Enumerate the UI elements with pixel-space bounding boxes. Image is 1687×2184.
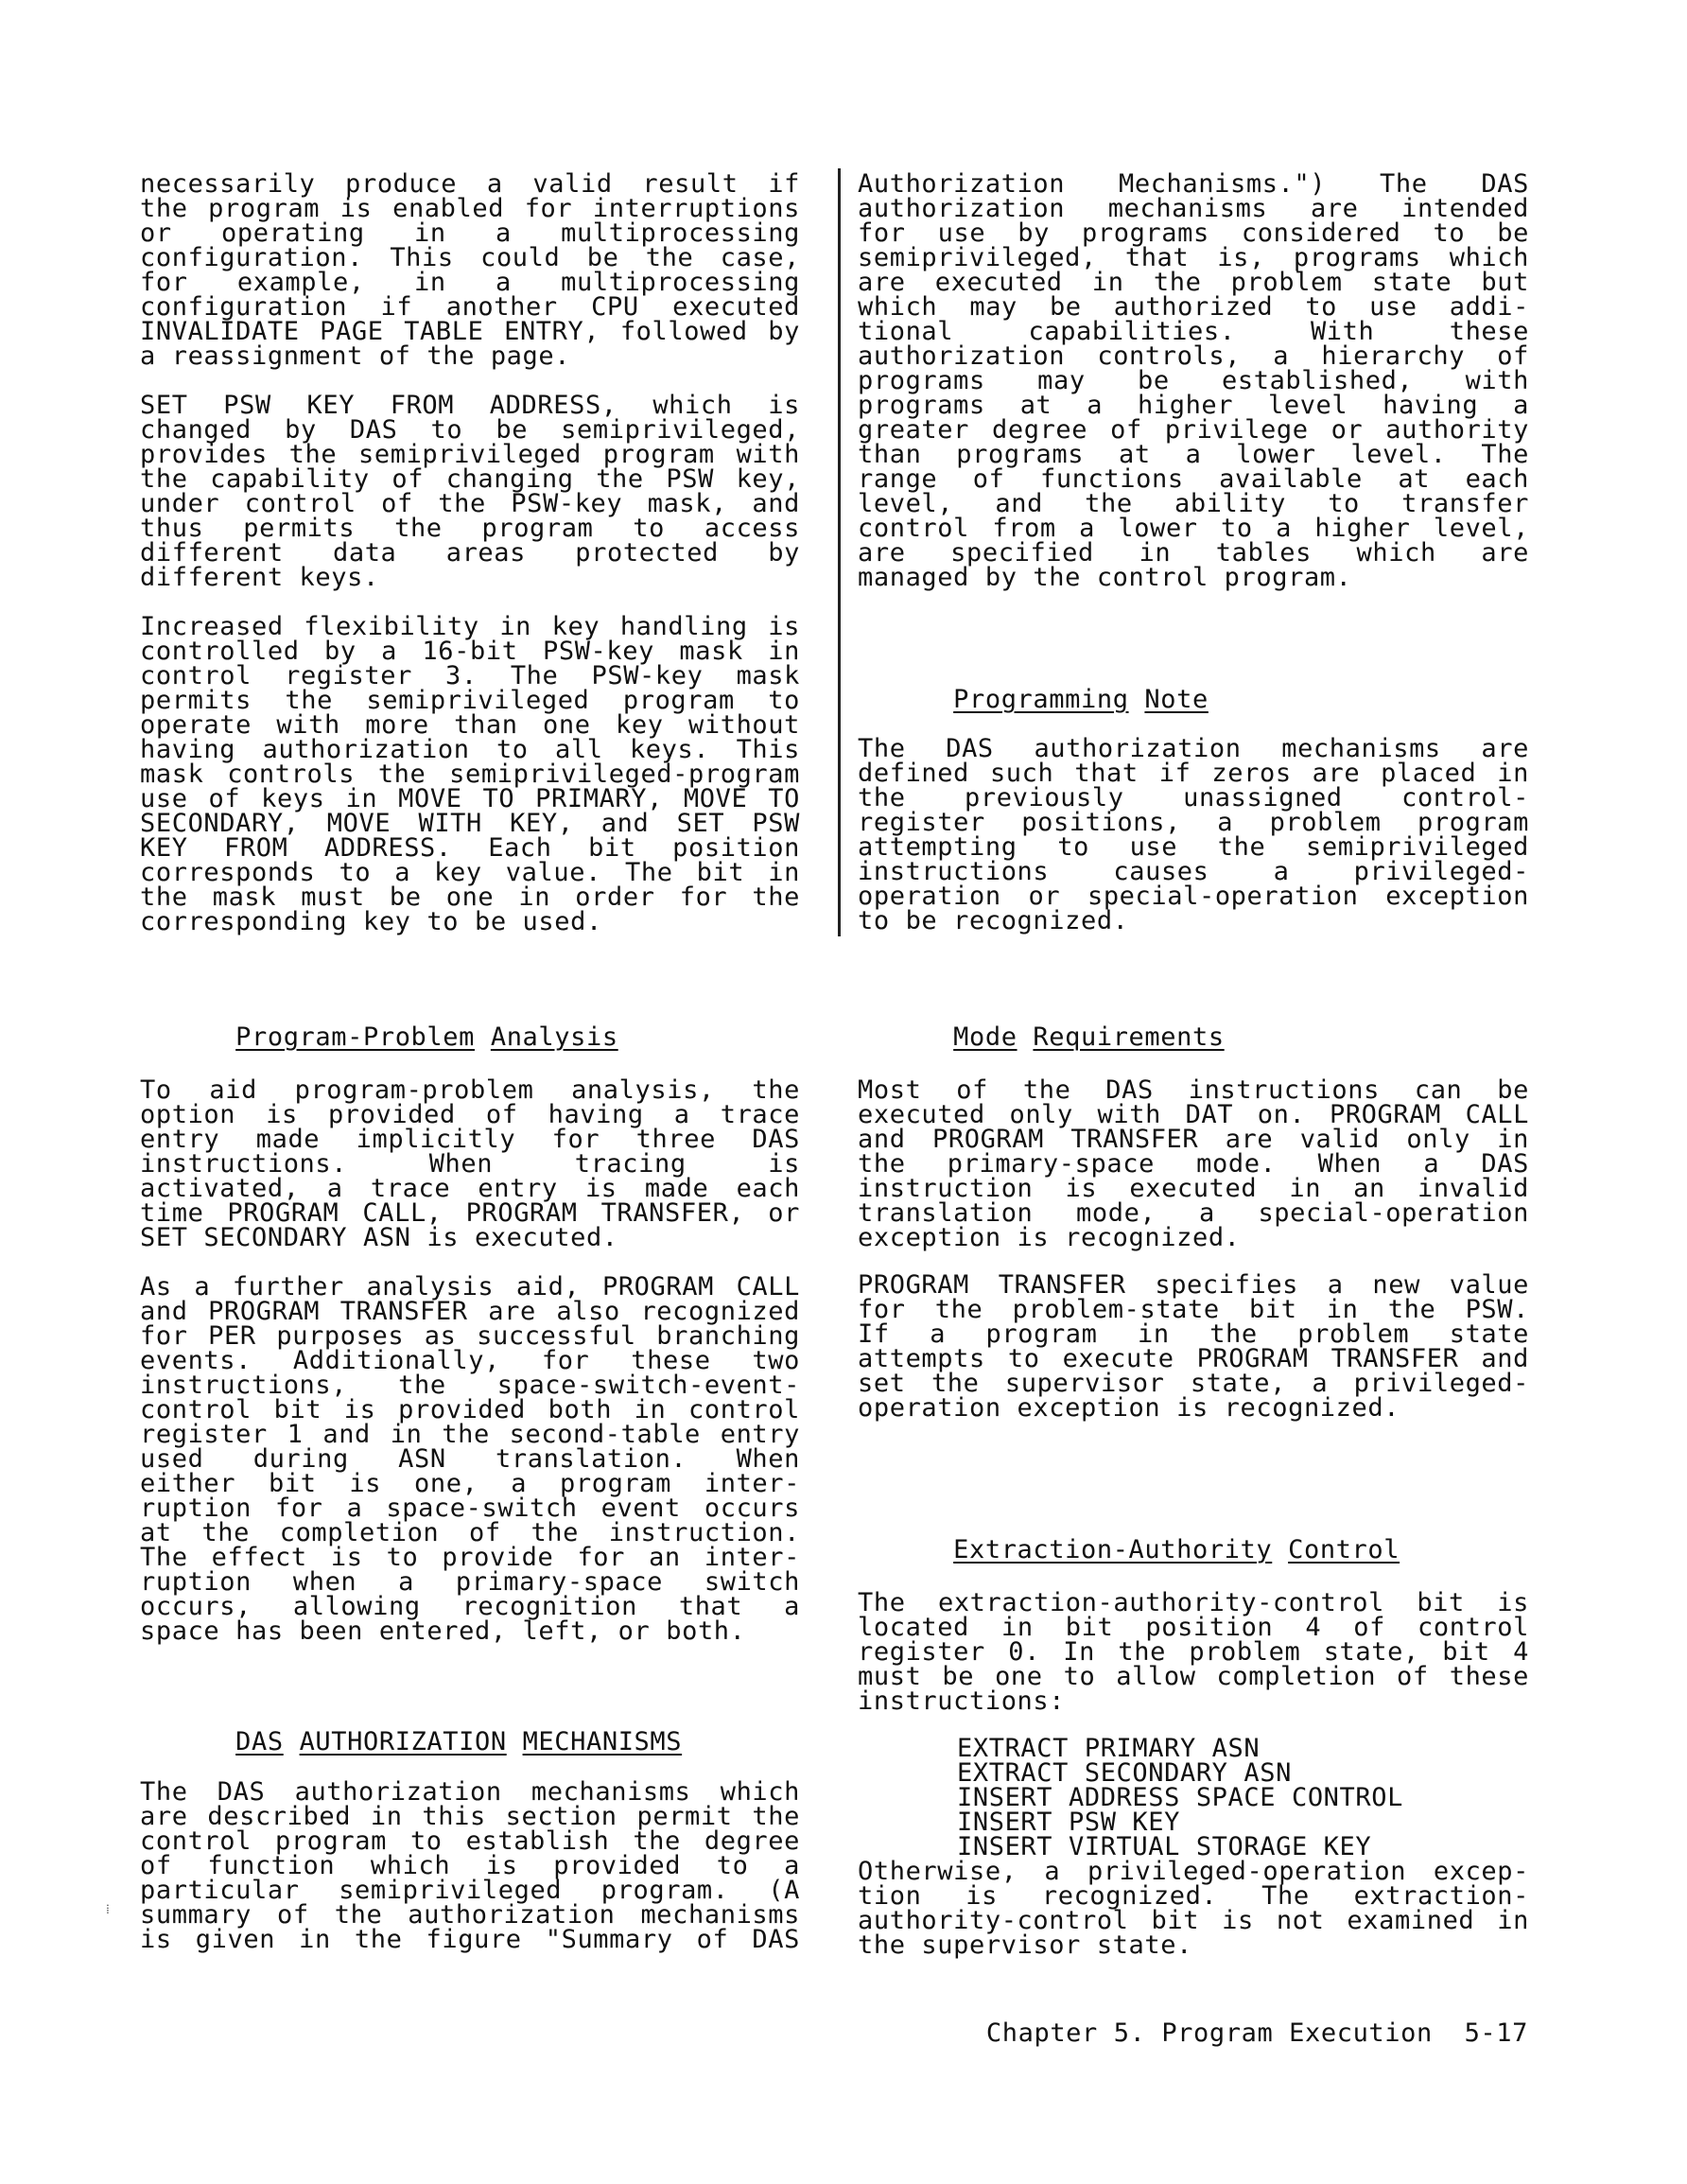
text-line: SET SECONDARY ASN is executed.: [140, 1226, 800, 1250]
footer-chapter-title: Chapter 5. Program Execution: [986, 2018, 1433, 2048]
text-line: exception is recognized.: [858, 1226, 1529, 1250]
text-line: a reassignment of the page.: [140, 344, 800, 369]
text-line: is given in the figure "Summary of DAS: [140, 1928, 800, 1952]
heading-word: DAS: [235, 1727, 284, 1756]
revision-change-bar: [838, 168, 841, 936]
text-line: the supervisor state.: [858, 1933, 1529, 1958]
page-footer: Chapter 5. Program Execution 5-17: [946, 2018, 1528, 2048]
instruction-list: EXTRACT PRIMARY ASNEXTRACT SECONDARY ASN…: [858, 1737, 1628, 1860]
document-page: ⁞ necessarily produce a valid result ift…: [0, 0, 1687, 2184]
heading-word: Control: [1288, 1535, 1400, 1564]
paragraph: To aid program-problem analysis, theopti…: [140, 1078, 800, 1250]
paragraph: The DAS authorization mechanisms whichar…: [140, 1780, 800, 1952]
paragraph: PROGRAM TRANSFER specifies a new valuefo…: [858, 1273, 1529, 1421]
heading-word: Mode: [953, 1022, 1017, 1052]
text-line: managed by the control program.: [858, 566, 1529, 590]
section-heading-extraction-authority-control: Extraction-Authority Control: [858, 1513, 1400, 1587]
heading-word: Extraction-Authority: [953, 1535, 1272, 1564]
heading-word: Program-Problem: [235, 1022, 475, 1052]
section-heading-programming-note: Programming Note: [858, 663, 1209, 737]
section-heading-program-problem-analysis: Program-Problem Analysis: [140, 1001, 618, 1075]
text-line: corresponding key to be used.: [140, 910, 800, 935]
page-number: 5-17: [1465, 2018, 1528, 2048]
heading-word: Requirements: [1033, 1022, 1224, 1052]
heading-word: Programming: [953, 685, 1128, 714]
paragraph: The DAS authorization mechanisms aredefi…: [858, 737, 1529, 934]
margin-mark: ⁞: [106, 1904, 112, 1929]
text-line: operation exception is recognized.: [858, 1396, 1529, 1421]
section-heading-das-authorization-mechanisms: DAS AUTHORIZATION MECHANISMS: [140, 1705, 682, 1779]
text-line: instructions:: [858, 1689, 1529, 1714]
paragraph: SET PSW KEY FROM ADDRESS, which ischange…: [140, 393, 800, 590]
heading-word: AUTHORIZATION: [300, 1727, 507, 1756]
paragraph: Authorization Mechanisms.") The DASautho…: [858, 172, 1529, 590]
paragraph: The extraction-authority-control bit isl…: [858, 1591, 1529, 1714]
text-line: to be recognized.: [858, 909, 1529, 934]
paragraph: Otherwise, a privileged-operation excep-…: [858, 1860, 1529, 1958]
paragraph: necessarily produce a valid result ifthe…: [140, 172, 800, 369]
section-heading-mode-requirements: Mode Requirements: [858, 1001, 1225, 1075]
heading-word: Note: [1144, 685, 1208, 714]
heading-word: Analysis: [491, 1022, 618, 1052]
paragraph: Most of the DAS instructions can beexecu…: [858, 1078, 1529, 1250]
text-line: different keys.: [140, 566, 800, 590]
text-line: space has been entered, left, or both.: [140, 1619, 800, 1644]
heading-word: MECHANISMS: [523, 1727, 683, 1756]
paragraph: As a further analysis aid, PROGRAM CALLa…: [140, 1275, 800, 1644]
paragraph: Increased flexibility in key handling is…: [140, 615, 800, 935]
